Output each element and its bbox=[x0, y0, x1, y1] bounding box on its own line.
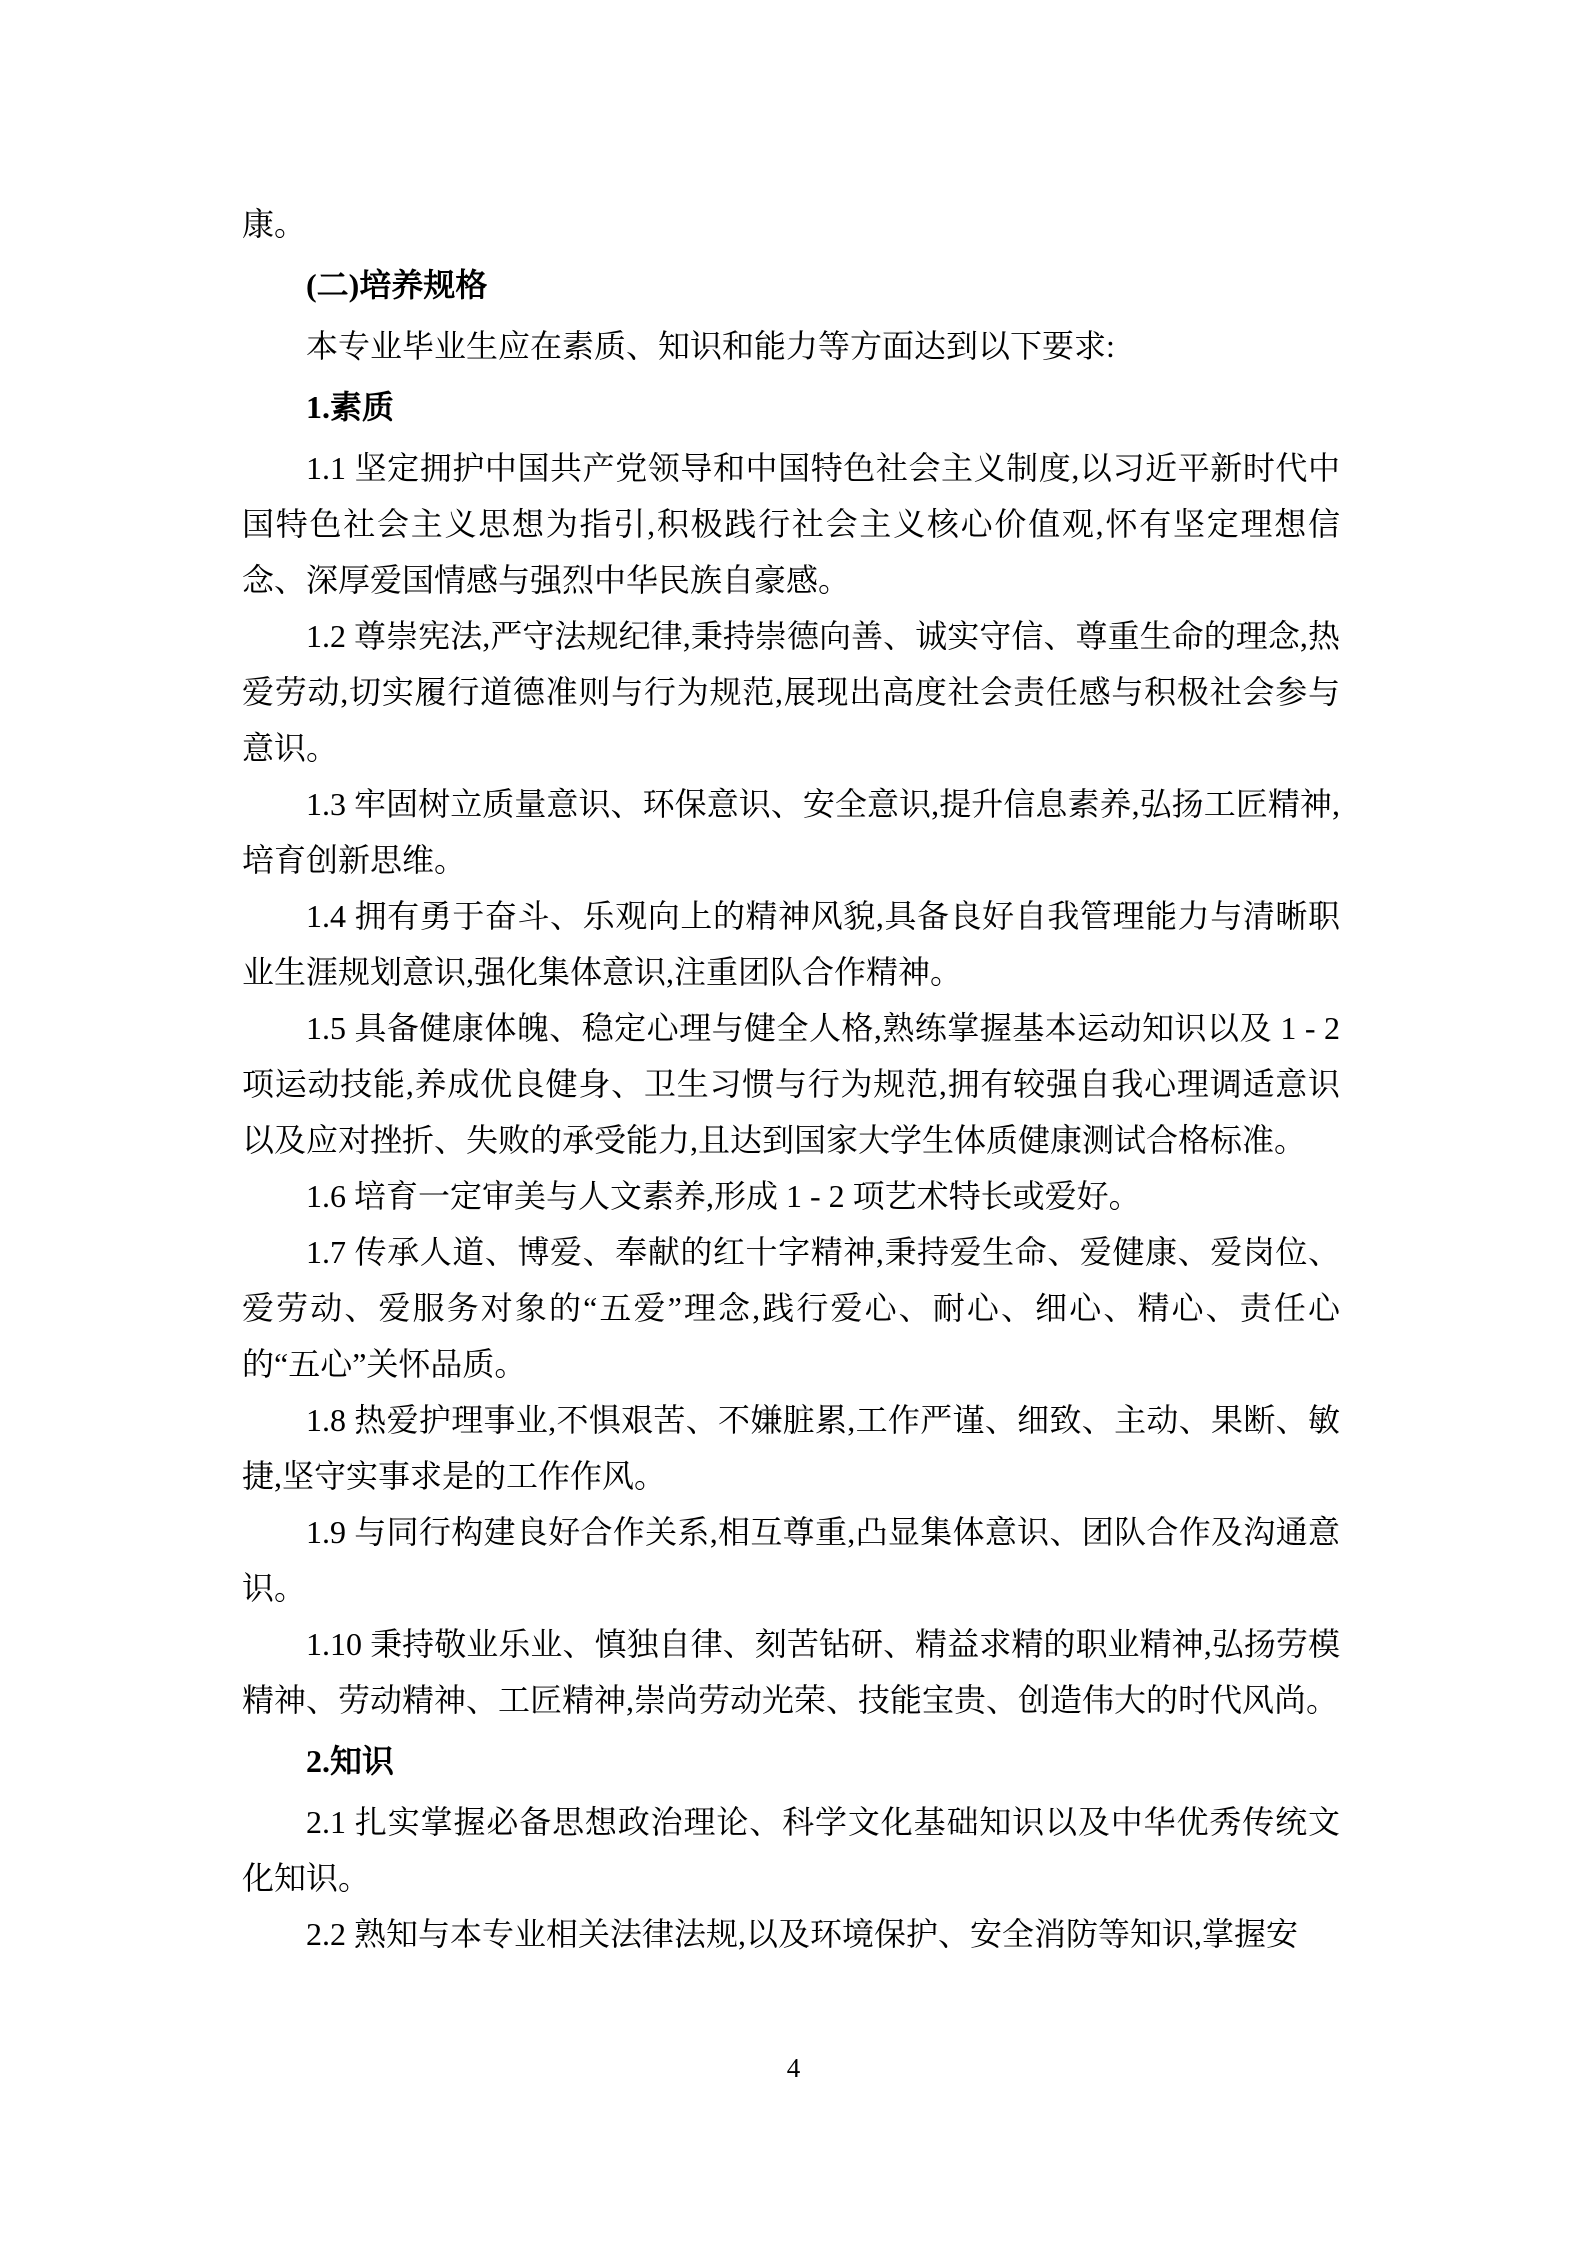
subsection-title-suzhi: 1.素质 bbox=[242, 379, 1340, 435]
section-heading: (二)培养规格 bbox=[242, 257, 1340, 313]
item-1-2: 1.2 尊崇宪法,严守法规纪律,秉持崇德向善、诚实守信、尊重生命的理念,热爱劳动… bbox=[242, 608, 1340, 776]
item-1-3: 1.3 牢固树立质量意识、环保意识、安全意识,提升信息素养,弘扬工匠精神,培育创… bbox=[242, 776, 1340, 888]
document-page: 康。 (二)培养规格 本专业毕业生应在素质、知识和能力等方面达到以下要求: 1.… bbox=[0, 0, 1587, 2245]
item-1-10: 1.10 秉持敬业乐业、慎独自律、刻苦钻研、精益求精的职业精神,弘扬劳模精神、劳… bbox=[242, 1616, 1340, 1728]
subsection-title-zhishi: 2.知识 bbox=[242, 1733, 1340, 1789]
item-1-5: 1.5 具备健康体魄、稳定心理与健全人格,熟练掌握基本运动知识以及 1 - 2 … bbox=[242, 1000, 1340, 1168]
item-1-4: 1.4 拥有勇于奋斗、乐观向上的精神风貌,具备良好自我管理能力与清晰职业生涯规划… bbox=[242, 888, 1340, 1000]
item-1-7: 1.7 传承人道、博爱、奉献的红十字精神,秉持爱生命、爱健康、爱岗位、爱劳动、爱… bbox=[242, 1224, 1340, 1392]
page-number: 4 bbox=[0, 2048, 1587, 2088]
item-1-1: 1.1 坚定拥护中国共产党领导和中国特色社会主义制度,以习近平新时代中国特色社会… bbox=[242, 440, 1340, 608]
item-1-6: 1.6 培育一定审美与人文素养,形成 1 - 2 项艺术特长或爱好。 bbox=[242, 1168, 1340, 1224]
item-1-9: 1.9 与同行构建良好合作关系,相互尊重,凸显集体意识、团队合作及沟通意识。 bbox=[242, 1504, 1340, 1616]
page-content: 康。 (二)培养规格 本专业毕业生应在素质、知识和能力等方面达到以下要求: 1.… bbox=[242, 196, 1340, 1962]
item-1-8: 1.8 热爱护理事业,不惧艰苦、不嫌脏累,工作严谨、细致、主动、果断、敏捷,坚守… bbox=[242, 1392, 1340, 1504]
item-2-1: 2.1 扎实掌握必备思想政治理论、科学文化基础知识以及中华优秀传统文化知识。 bbox=[242, 1794, 1340, 1906]
continuation-paragraph: 康。 bbox=[242, 196, 1340, 252]
item-2-2: 2.2 熟知与本专业相关法律法规,以及环境保护、安全消防等知识,掌握安 bbox=[242, 1906, 1340, 1962]
intro-paragraph: 本专业毕业生应在素质、知识和能力等方面达到以下要求: bbox=[242, 318, 1340, 374]
